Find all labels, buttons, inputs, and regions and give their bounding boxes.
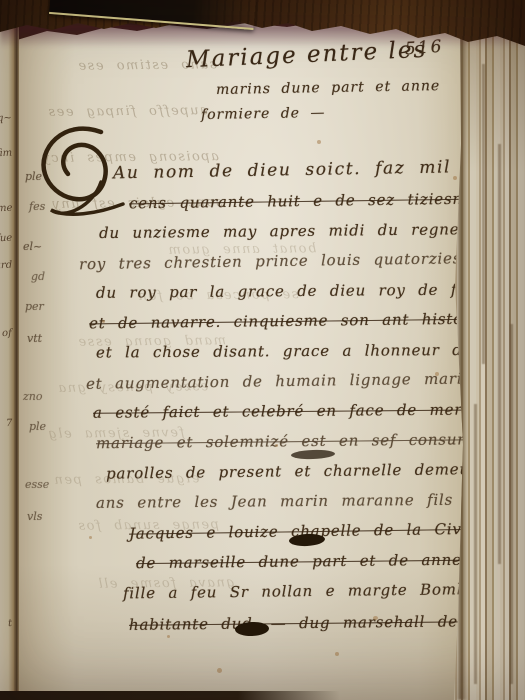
foxing-spot — [453, 176, 457, 180]
ink-blot — [289, 533, 326, 547]
body-line: a esté faict et celebré en face de mer —… — [93, 400, 507, 422]
foxing-spot — [102, 320, 105, 323]
margin-fragment: ple — [29, 420, 46, 433]
manuscript-page: sano estimo ese aupeffo finpag ees apois… — [17, 20, 463, 700]
foxing-spot — [335, 652, 339, 656]
margin-fragment: zno — [23, 390, 43, 403]
heading-line-2: marins dune part et anne — [216, 78, 441, 98]
body-line: roy tres chrestien prince louis quatorzi… — [79, 249, 486, 273]
margin-fragment: gd — [31, 270, 45, 283]
foxing-spot — [167, 635, 170, 638]
body-line: et la chose disant. grace a lhonneur de … — [96, 341, 521, 362]
ink-blot — [235, 621, 269, 636]
book-gutter — [14, 20, 19, 700]
body-line: cens quarante huit e de sez tiziesme — [129, 190, 477, 213]
body-line: du roy par la grace de dieu roy de franc… — [96, 280, 504, 302]
body-line: du unziesme may apres midi du regne du — [99, 220, 493, 242]
body-line: ans entre les Jean marin maranne fils a … — [96, 490, 515, 512]
heading-line-3: formiere de — — [201, 105, 326, 123]
fore-edge-streak — [482, 64, 485, 364]
foxing-spot — [435, 372, 439, 376]
foxing-spot — [89, 536, 92, 539]
facing-fragment: q~ — [0, 113, 12, 125]
fore-edge-streak — [498, 144, 501, 564]
body-line: et de navarre. cinquiesme son ant histoi… — [89, 310, 486, 333]
body-line: habitante dud. — dug marsehall de C — [129, 612, 483, 634]
manuscript-photo: q~ fim me ifue ard of 7 t sano estimo es… — [0, 0, 525, 700]
calligraphic-initial-flourish — [31, 124, 127, 224]
facing-fragment: me — [0, 203, 12, 215]
bleedthrough-line: aupeffo finpag ees — [47, 103, 208, 120]
facing-fragment: ard — [0, 260, 12, 272]
facing-fragment: ifue — [0, 233, 12, 245]
book-fore-edges — [452, 24, 525, 700]
margin-fragment: esse — [25, 478, 49, 491]
margin-fragment: per — [25, 300, 44, 313]
facing-fragment: of — [2, 328, 12, 339]
foxing-spot — [373, 616, 378, 620]
bottom-table-strip — [0, 691, 340, 700]
body-line: fille a feu Sr nollan e margte Bomblat 7 — [123, 580, 512, 603]
margin-fragment: vtt — [27, 332, 42, 345]
margin-fragment: el~ — [23, 240, 42, 253]
facing-fragment: fim — [0, 148, 12, 160]
ink-smudge — [291, 449, 335, 460]
margin-fragment: vls — [27, 510, 42, 523]
facing-fragment: 7 — [5, 418, 12, 429]
facing-page-edge: q~ fim me ifue ard of 7 t — [0, 22, 15, 700]
fore-edge-streak — [474, 404, 477, 684]
foxing-spot — [275, 444, 278, 447]
foxing-spot — [317, 140, 321, 144]
foxing-spot — [217, 668, 222, 673]
body-line: et augmentation de humain lignage mariag… — [86, 369, 492, 393]
fore-edge-streak — [510, 324, 513, 684]
facing-fragment: t — [8, 618, 12, 629]
body-line: mariage et solemnizé est en sef consumé … — [96, 430, 523, 452]
